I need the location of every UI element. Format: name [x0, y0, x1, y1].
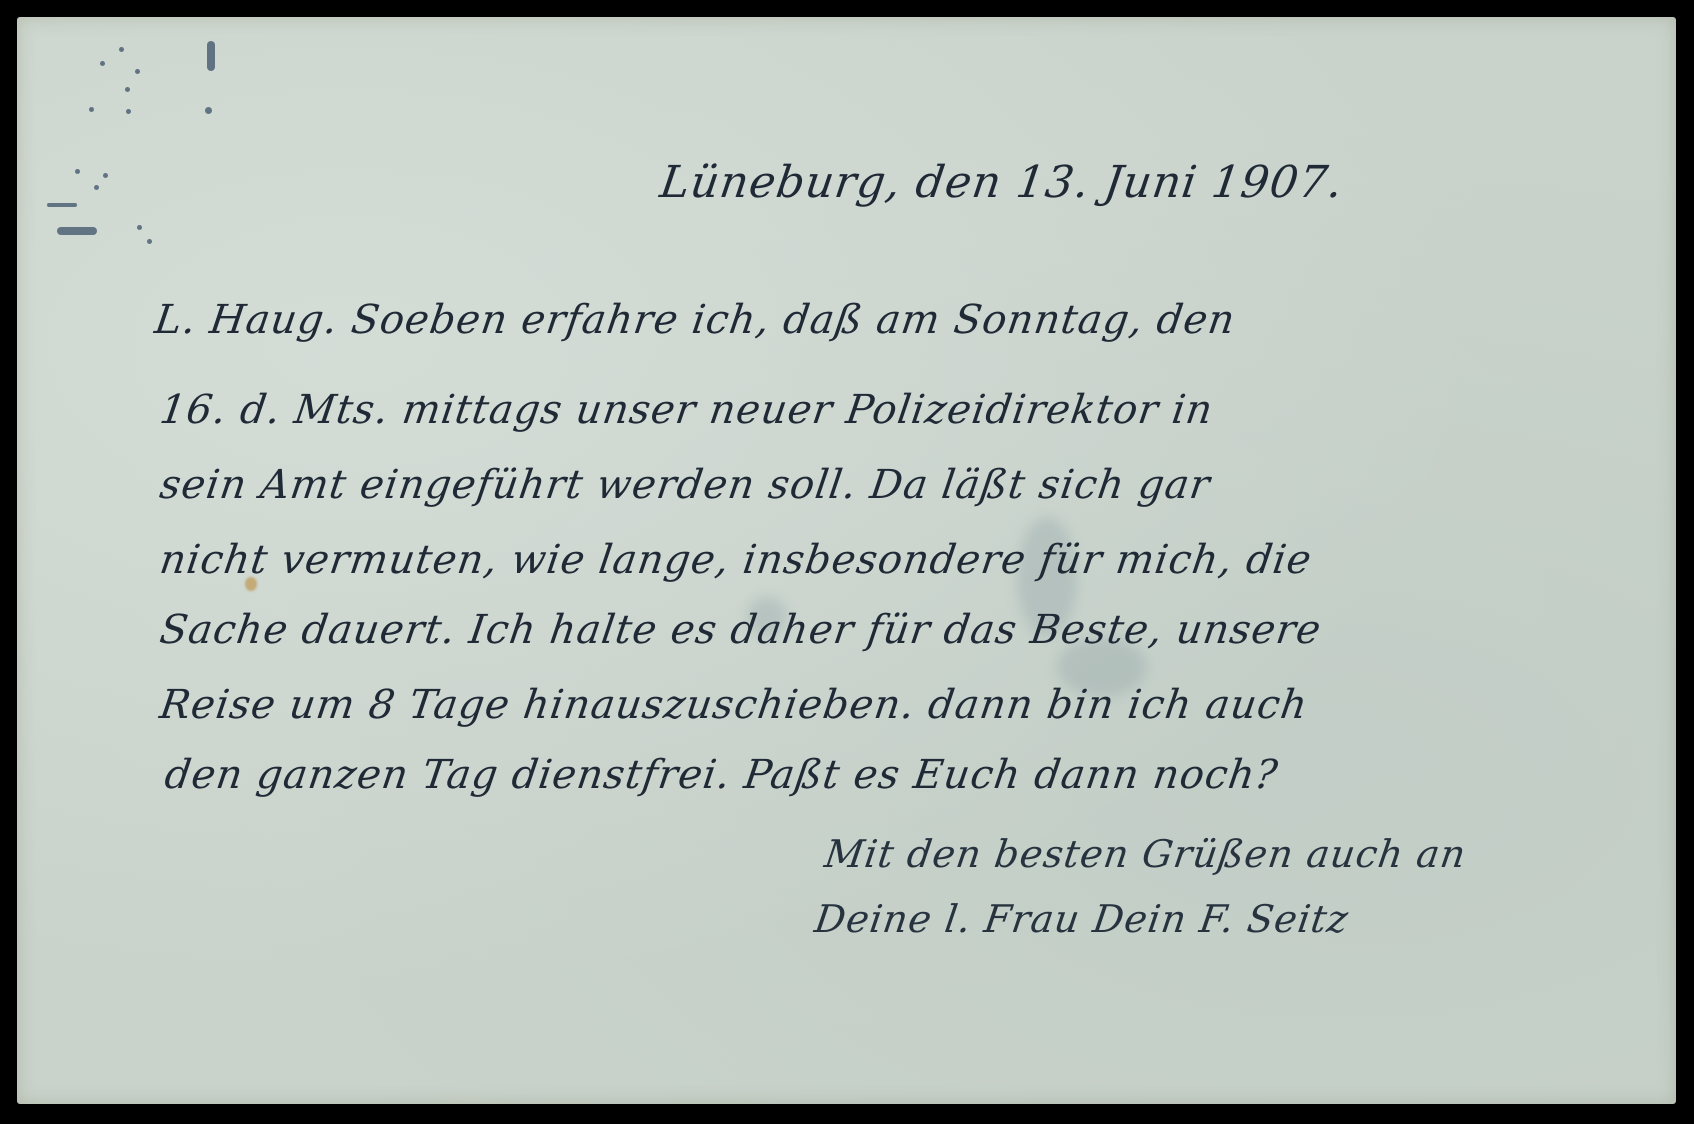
closing-signature: Deine l. Frau Dein F. Seitz [812, 897, 1352, 941]
place-date-heading: Lüneburg, den 13. Juni 1907. [657, 157, 1347, 208]
postcard: Lüneburg, den 13. Juni 1907. L. Haug. So… [17, 17, 1676, 1104]
body-line-7: den ganzen Tag dienstfrei. Paßt es Euch … [162, 752, 1281, 798]
body-line-5: Sache dauert. Ich halte es daher für das… [157, 607, 1324, 653]
body-line-2: 16. d. Mts. mittags unser neuer Polizeid… [157, 387, 1216, 433]
body-line-1: L. Haug. Soeben erfahre ich, daß am Sonn… [152, 297, 1238, 343]
body-line-3: sein Amt eingeführt werden soll. Da läßt… [157, 462, 1213, 508]
body-line-6: Reise um 8 Tage hinauszuschieben. dann b… [157, 682, 1311, 728]
postmark-remnant [17, 17, 277, 277]
closing-line-1: Mit den besten Grüßen auch an [822, 832, 1469, 876]
body-line-4: nicht vermuten, wie lange, insbesondere … [157, 537, 1315, 583]
